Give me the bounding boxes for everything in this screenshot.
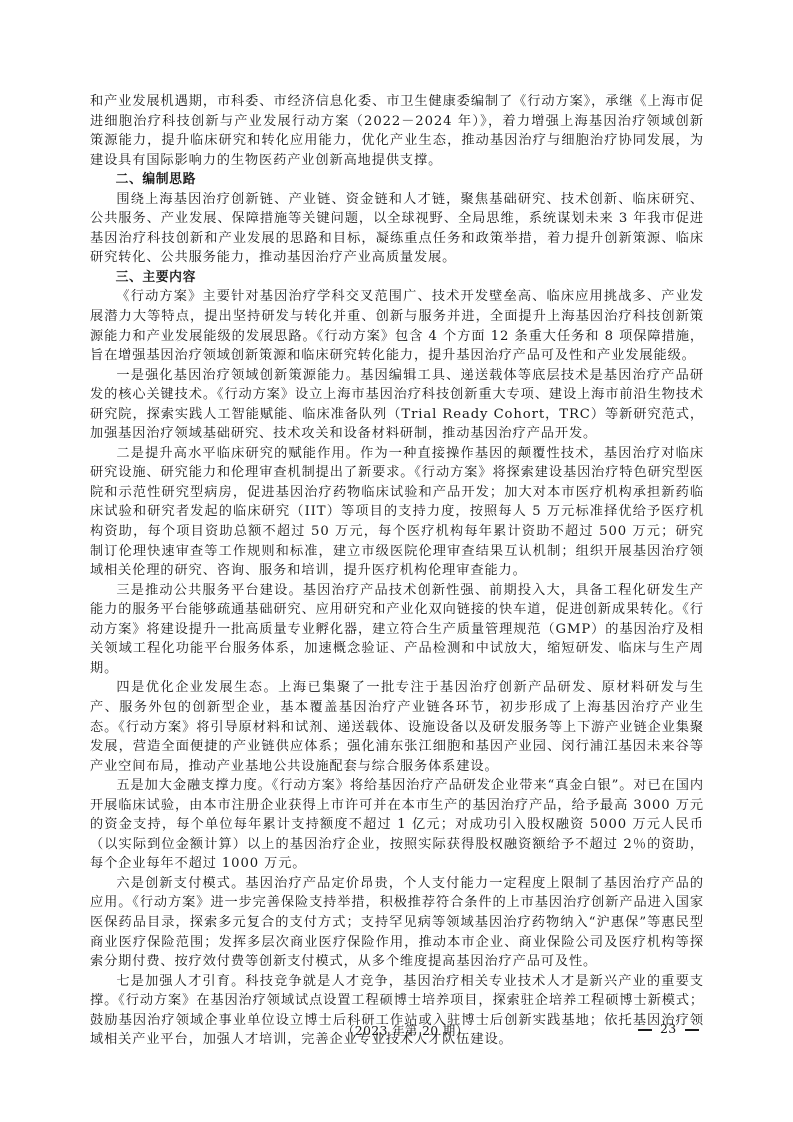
page-number: 23 xyxy=(660,1021,677,1036)
dash-right-icon xyxy=(685,1029,699,1031)
paragraph-point-2: 二是提升高水平临床研究的赋能作用。作为一种直接操作基因的颠覆性技术，基因治疗对临… xyxy=(90,444,704,581)
issue-label: （2023 年第 20 期） xyxy=(342,1021,468,1039)
paragraph-point-1: 一是强化基因治疗领域创新策源能力。基因编辑工具、递送载体等底层技术是基因治疗产品… xyxy=(90,366,704,444)
section-heading-drafting-approach: 二、编制思路 xyxy=(90,170,704,190)
paragraph-point-3: 三是推动公共服务平台建设。基因治疗产品技术创新性强、前期投入大，具备工程化研发生… xyxy=(90,581,704,679)
page-footer: （2023 年第 20 期） 23 xyxy=(0,1021,793,1041)
page-number-block: 23 xyxy=(630,1021,707,1036)
paragraph-continuation: 和产业发展机遇期，市科委、市经济信息化委、市卫生健康委编制了《行动方案》，承继《… xyxy=(90,92,704,170)
paragraph-point-5: 五是加大金融支撑力度。《行动方案》将给基因治疗产品研发企业带来“真金白银”。对已… xyxy=(90,776,704,874)
paragraph-drafting-approach: 围绕上海基因治疗创新链、产业链、资金链和人才链，聚焦基础研究、技术创新、临床研究… xyxy=(90,190,704,268)
dash-left-icon xyxy=(638,1029,652,1031)
paragraph-point-6: 六是创新支付模式。基因治疗产品定价昂贵，个人支付能力一定程度上限制了基因治疗产品… xyxy=(90,874,704,972)
paragraph-main-content-intro: 《行动方案》主要针对基因治疗学科交叉范围广、技术开发壁垒高、临床应用挑战多、产业… xyxy=(90,287,704,365)
section-heading-main-content: 三、主要内容 xyxy=(90,268,704,288)
document-body: 和产业发展机遇期，市科委、市经济信息化委、市卫生健康委编制了《行动方案》，承继《… xyxy=(90,92,704,1050)
paragraph-point-4: 四是优化企业发展生态。上海已集聚了一批专注于基因治疗创新产品研发、原材料研发与生… xyxy=(90,678,704,776)
